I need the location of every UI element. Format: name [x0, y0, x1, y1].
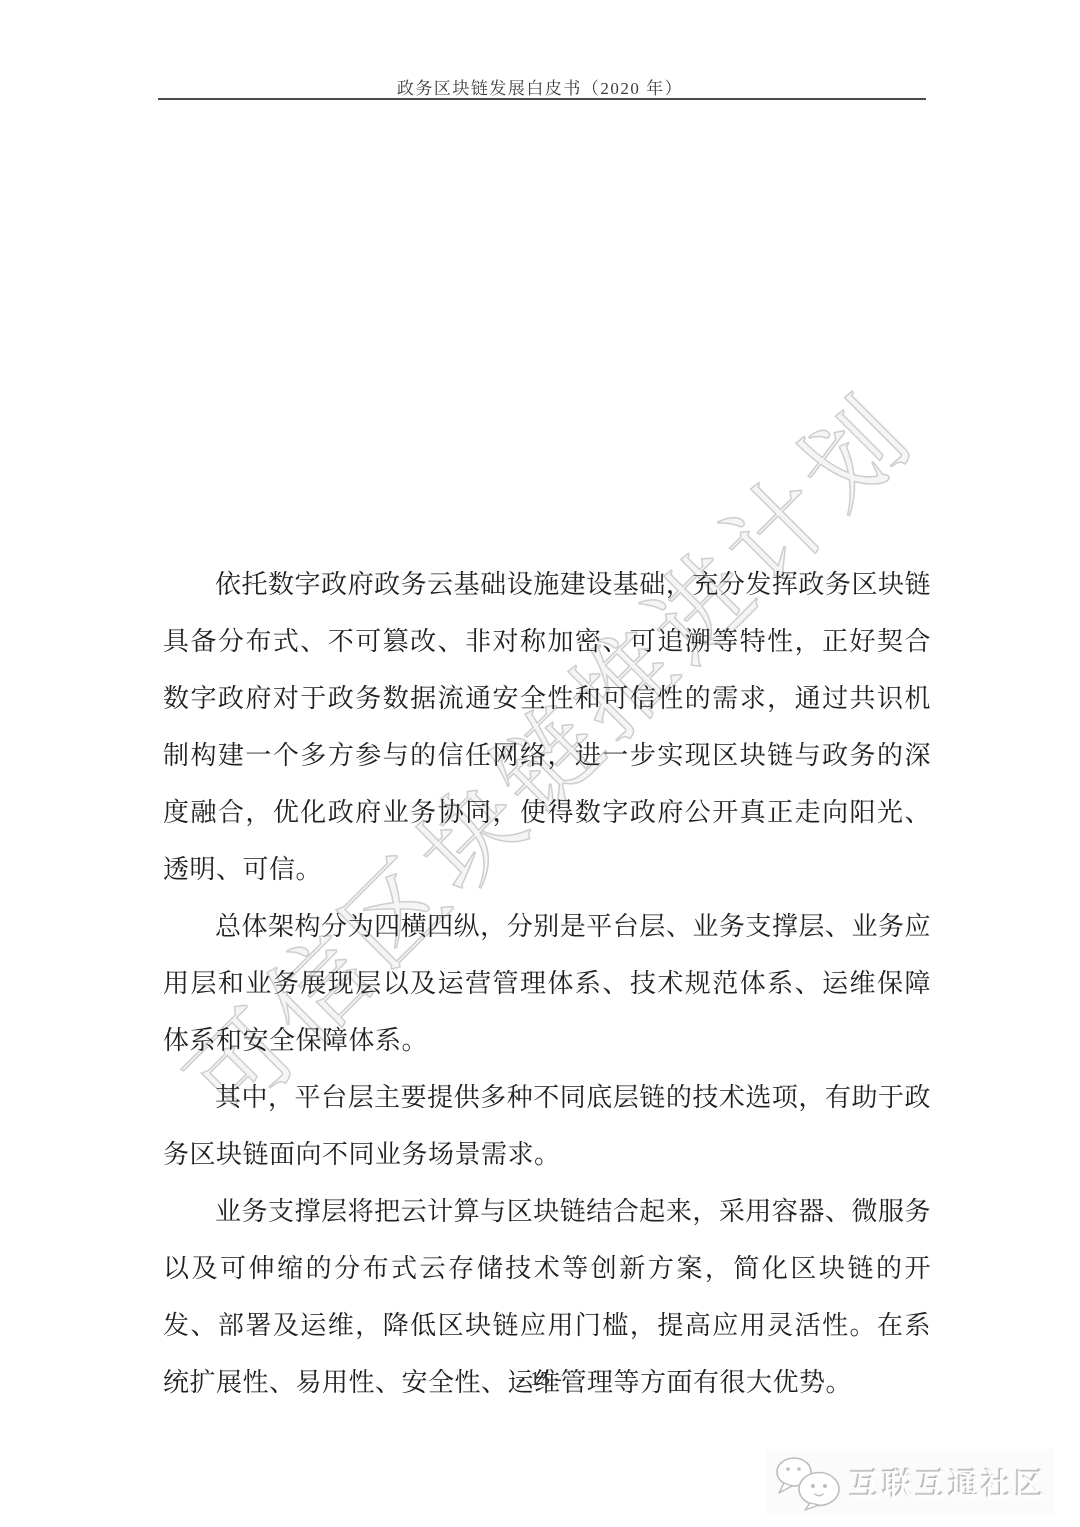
header-rule	[158, 98, 926, 100]
page-number: - 15 -	[0, 1368, 1080, 1391]
brand-label: 互联互通社区	[850, 1460, 1048, 1504]
header-title: 政务区块链发展白皮书（2020 年）	[0, 74, 1080, 99]
paragraph: 总体架构分为四横四纵，分别是平台层、业务支撑层、业务应用层和业务展现层以及运营管…	[163, 898, 931, 1069]
body-content: 依托数字政府政务云基础设施建设基础，充分发挥政务区块链具备分布式、不可篡改、非对…	[163, 556, 931, 1411]
document-page: 政务区块链发展白皮书（2020 年） 可信区块链推进计划 依托数字政府政务云基础…	[0, 0, 1080, 1527]
brand-watermark: 互联互通社区	[766, 1449, 1054, 1515]
paragraph: 依托数字政府政务云基础设施建设基础，充分发挥政务区块链具备分布式、不可篡改、非对…	[163, 556, 931, 898]
wechat-chat-bubbles-icon	[772, 1453, 844, 1511]
paragraph: 其中，平台层主要提供多种不同底层链的技术选项，有助于政务区块链面向不同业务场景需…	[163, 1069, 931, 1183]
